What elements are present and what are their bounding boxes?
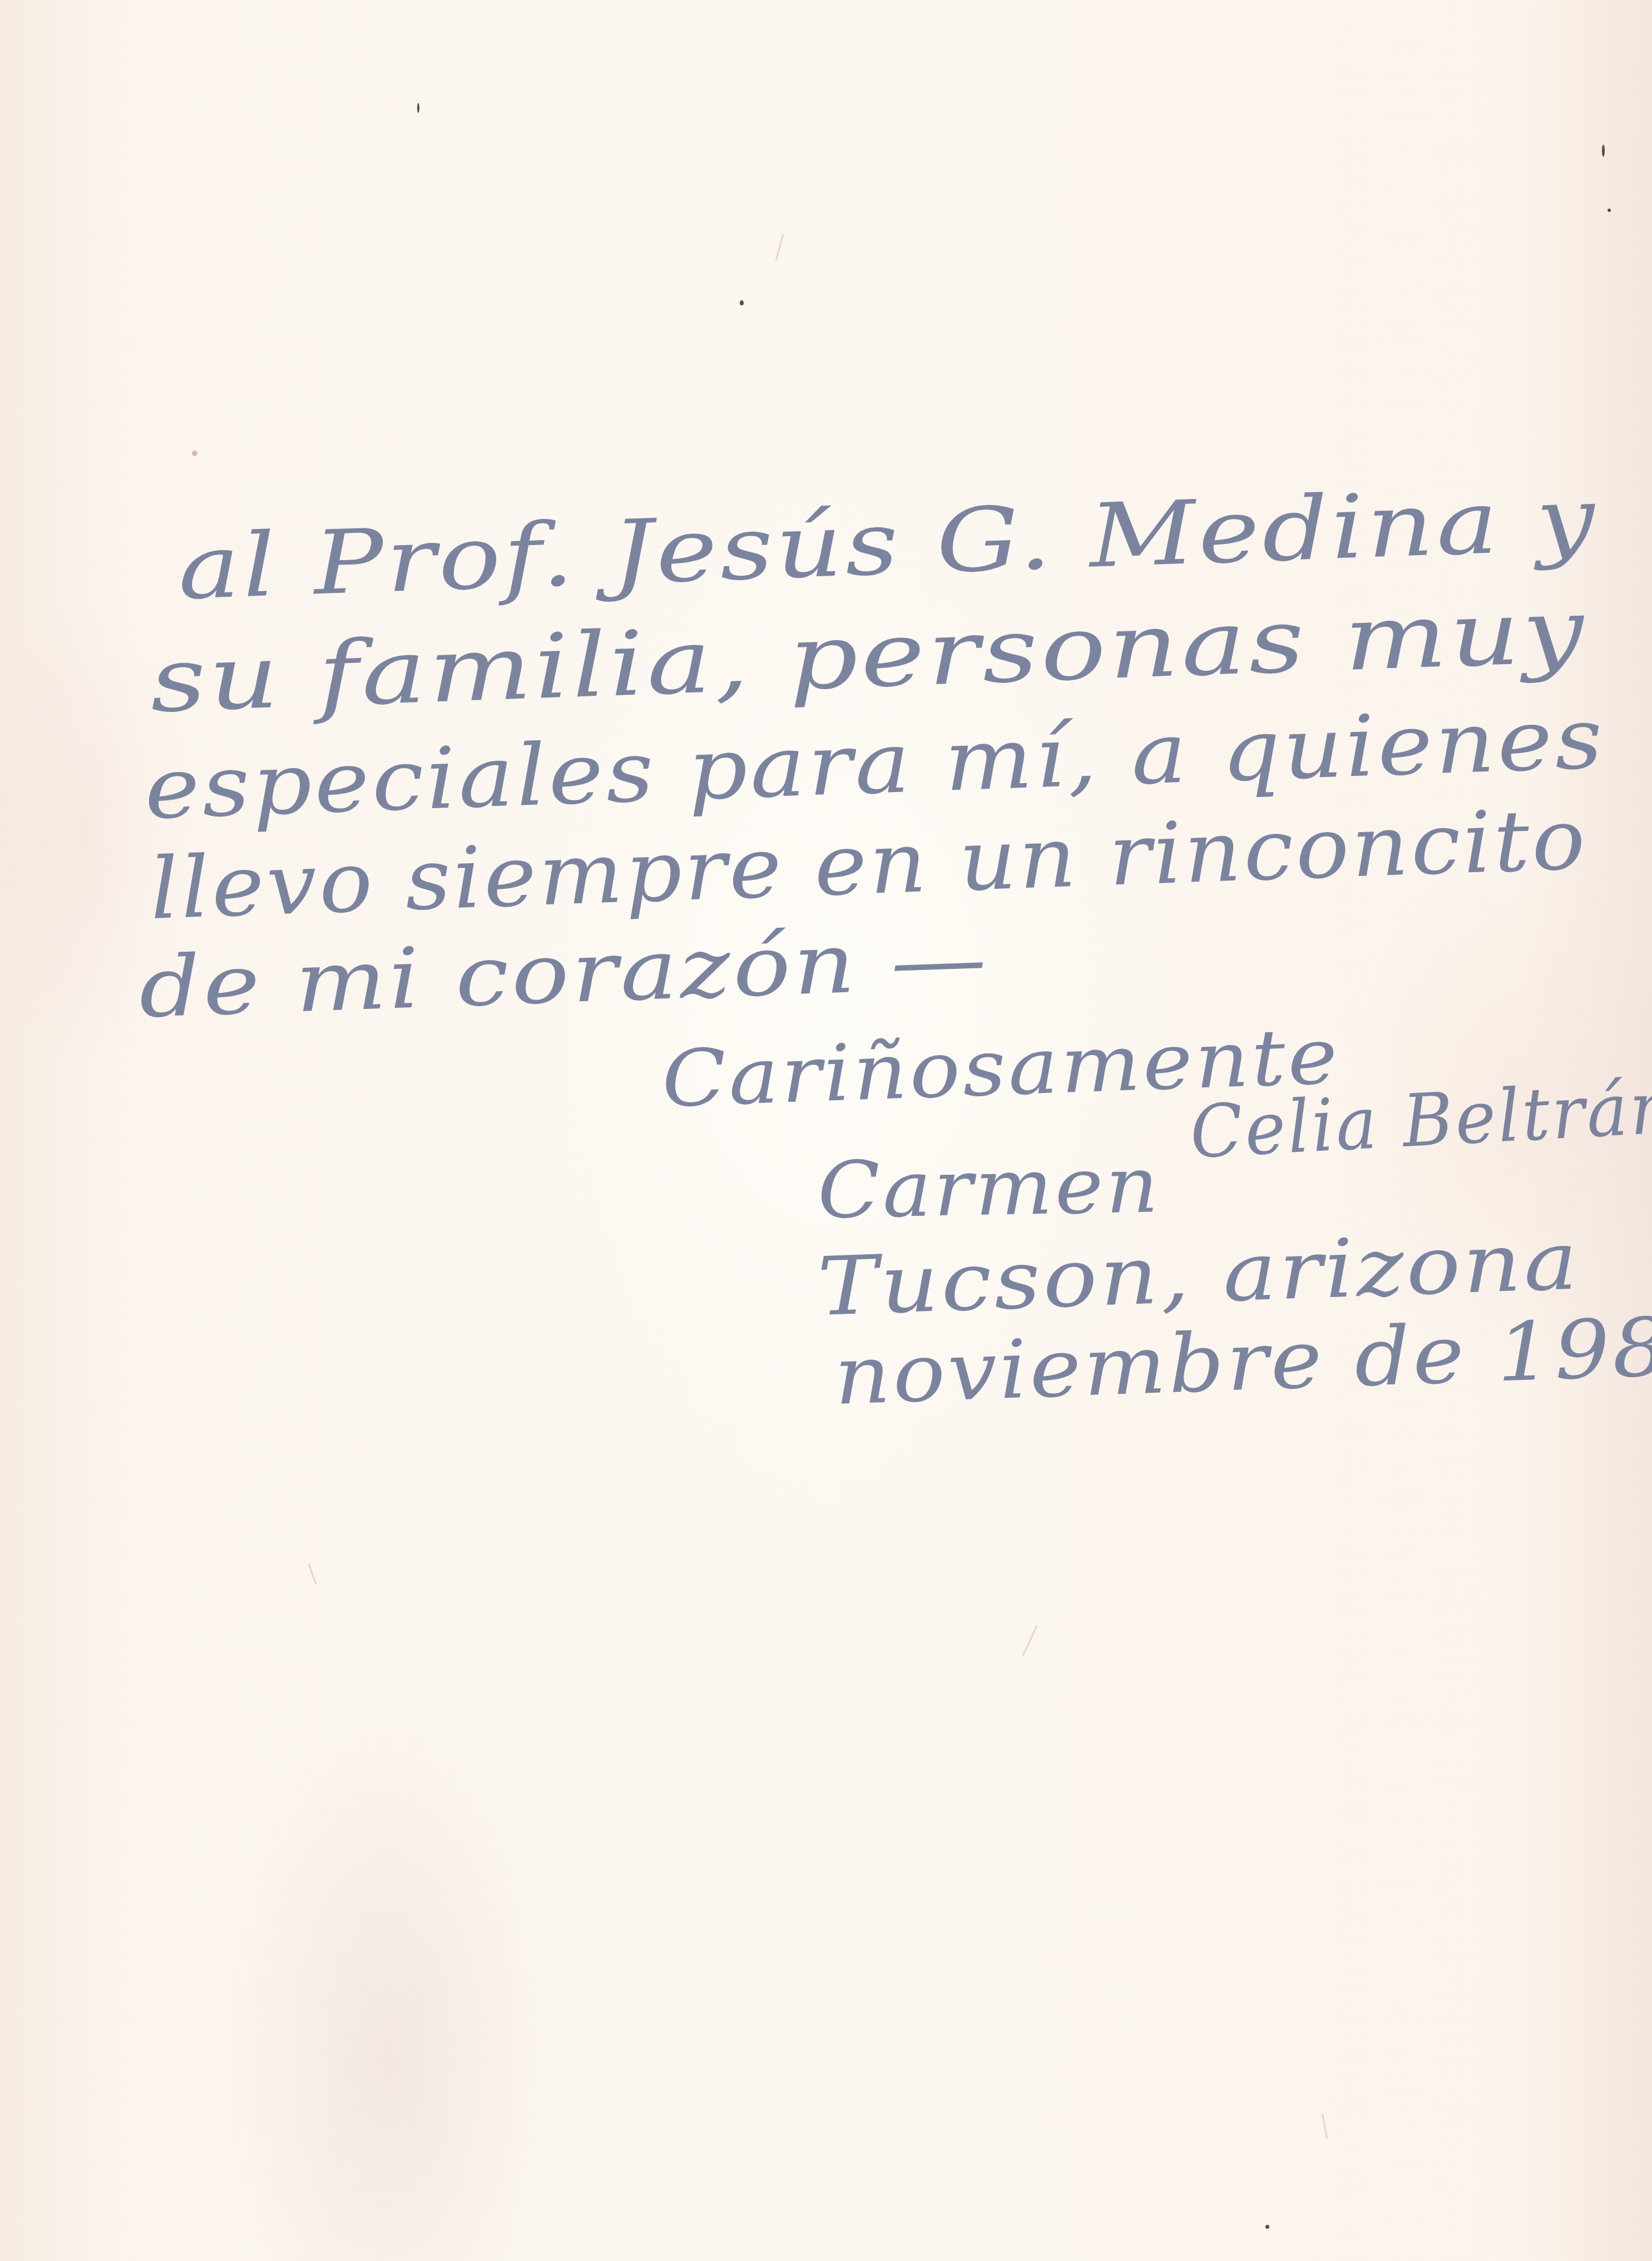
paper-speck (192, 451, 197, 456)
paper-speck (1265, 2225, 1269, 2229)
paper-speck (1608, 209, 1611, 212)
paper-speck (417, 103, 419, 113)
signature-first-name: Carmen (817, 1140, 1161, 1236)
paper-speck (1602, 145, 1605, 157)
paper-speck (740, 300, 744, 305)
